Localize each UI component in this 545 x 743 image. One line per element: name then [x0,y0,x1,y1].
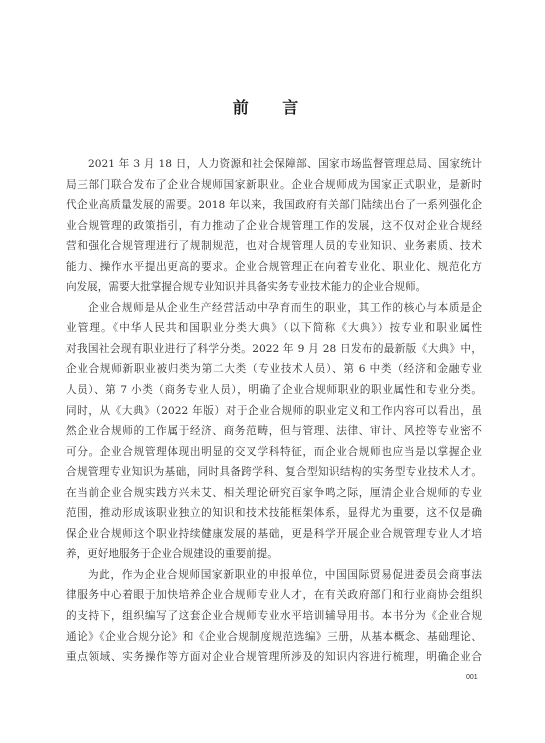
paragraph-2-line-8: 可分。企业合规管理体现出明显的交叉学科特征，而企业合规师也应当是以掌握企业 [66,442,482,463]
paragraph-1-line-1: 2021 年 3 月 18 日，人力资源和社会保障部、国家市场监督管理总局、国家… [66,154,482,175]
paragraph-2-line-5: 人员）、第 7 小类（商务专业人员），明确了企业合规师职业的职业属性和专业分类。 [66,380,482,401]
paragraph-1-line-7: 向发展，需要大批掌握合规专业知识并具备实务专业技术能力的企业合规师。 [66,277,482,298]
paragraph-2-line-2: 业管理。《中华人民共和国职业分类大典》（以下简称《大典》）按专业和职业属性 [66,318,482,339]
paragraph-1-line-2: 局三部门联合发布了企业合规师国家新职业。企业合规师成为国家正式职业，是新时 [66,175,482,196]
paragraph-2-line-10: 在当前企业合规实践方兴未艾、相关理论研究百家争鸣之际，厘清企业合规师的专业 [66,483,482,504]
paragraph-2-line-7: 然企业合规师的工作属于经济、商务范畴，但与管理、法律、审计、风控等专业密不 [66,421,482,442]
paragraph-2-line-13: 养，更好地服务于企业合规建设的重要前提。 [66,544,482,565]
paragraph-1-line-6: 能力、操作水平提出更高的要求。企业合规管理正在向着专业化、职业化、规范化方 [66,257,482,278]
paragraph-1-line-5: 营和强化合规管理进行了规制规范，也对合规管理人员的专业知识、业务素质、技术 [66,236,482,257]
paragraph-3-line-4: 通论》《企业合规分论》和《企业合规制度规范选编》三册，从基本概念、基础理论、 [66,627,482,648]
document-page: 前 言 2021 年 3 月 18 日，人力资源和社会保障部、国家市场监督管理总… [0,0,545,743]
paragraph-3-line-1: 为此，作为企业合规师国家新职业的申报单位，中国国际贸易促进委员会商事法 [66,565,482,586]
paragraph-3-line-3: 的支持下，组织编写了这套企业合规师专业水平培训辅导用书。本书分为《企业合规 [66,606,482,627]
paragraph-1-line-4: 业合规管理的政策指引，有力推动了企业合规管理工作的发展，这不仅对企业合规经 [66,216,482,237]
paragraph-2-line-4: 企业合规师新职业被归类为第二大类（专业技术人员）、第 6 中类（经济和金融专业 [66,359,482,380]
paragraph-2-line-3: 对我国社会现有职业进行了科学分类。2022 年 9 月 28 日发布的最新版《大… [66,339,482,360]
preface-body: 2021 年 3 月 18 日，人力资源和社会保障部、国家市场监督管理总局、国家… [66,154,482,668]
paragraph-2-line-11: 范围，推动形成该职业独立的知识和技术技能框架体系，显得尤为重要，这不仅是确 [66,503,482,524]
paragraph-2-line-12: 保企业合规师这个职业持续健康发展的基础，更是科学开展企业合规管理专业人才培 [66,524,482,545]
page-title: 前 言 [0,98,545,118]
paragraph-2-line-6: 同时，从《大典》（2022 年版）对于企业合规师的职业定义和工作内容可以看出，虽 [66,401,482,422]
paragraph-2-line-9: 合规管理专业知识为基础，同时具备跨学科、复合型知识结构的实务型专业技术人才。 [66,462,482,483]
paragraph-3-line-2: 律服务中心着眼于加快培养企业合规师专业人才，在有关政府部门和行业商协会组织 [66,585,482,606]
paragraph-3-line-5: 重点领域、实务操作等方面对企业合规管理所涉及的知识内容进行梳理，明确企业合 [66,647,482,668]
paragraph-1-line-3: 代企业高质量发展的需要。2018 年以来，我国政府有关部门陆续出台了一系列强化企 [66,195,482,216]
paragraph-2-line-1: 企业合规师是从企业生产经营活动中孕育而生的职业，其工作的核心与本质是企 [66,298,482,319]
page-number: 001 [466,674,478,681]
